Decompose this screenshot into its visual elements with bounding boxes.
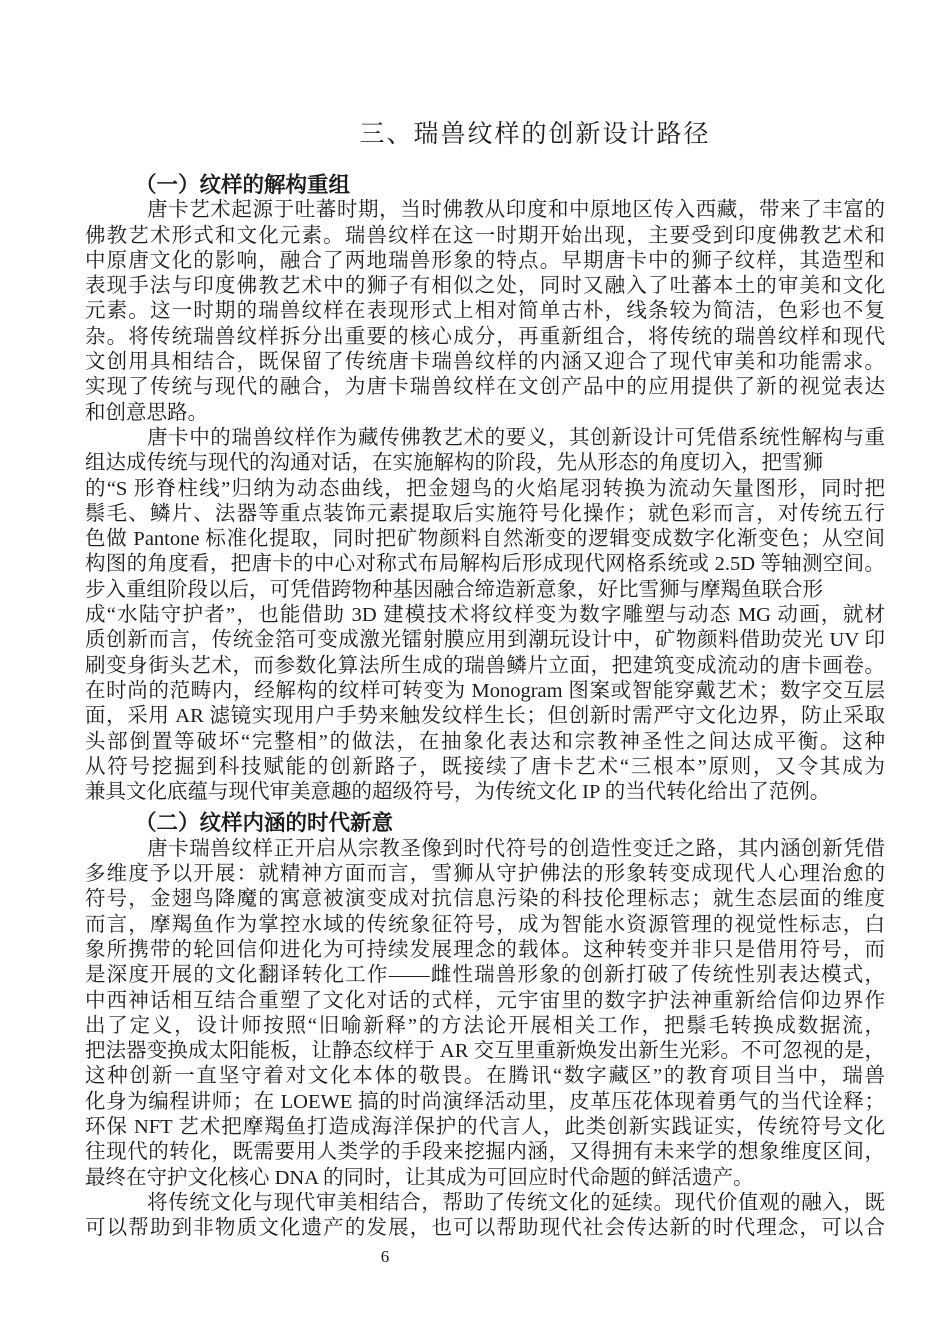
text-line: 这种创新一直坚守着对文化本体的敬畏。在腾讯“数字藏区”的教育项目当中，瑞兽	[85, 1064, 885, 1089]
text-line: 可以帮助到非物质文化遗产的发展，也可以帮助现代社会传达新的时代理念，可以合	[85, 1216, 885, 1241]
text-line: 将传统文化与现代审美相结合，帮助了传统文化的延续。现代价值观的融入，既	[85, 1191, 885, 1216]
section-heading: （一）纹样的解构重组	[85, 173, 885, 198]
text-line: 构图的角度看，把唐卡的中心对称式布局解构后形成现代网格系统或 2.5D 等轴测空…	[85, 552, 885, 577]
text-line: 多维度予以开展：就精神方面而言，雪狮从守护佛法的形象转变成现代人心理治愈的	[85, 862, 885, 887]
text-line: 化身为编程讲师；在 LOEWE 搞的时尚演绎活动里，皮革压花体现着勇气的当代诠释…	[85, 1090, 885, 1115]
text-line: 的“S 形脊柱线”归纳为动态曲线，把金翅鸟的火焰尾羽转换为流动矢量图形，同时把	[85, 477, 885, 502]
text-line: 唐卡中的瑞兽纹样作为藏传佛教艺术的要义，其创新设计可凭借系统性解构与重	[85, 426, 885, 451]
text-line: 出了定义，设计师按照“旧喻新释”的方法论开展相关工作，把鬃毛转换成数据流，	[85, 1014, 885, 1039]
text-line: 象所携带的轮回信仰进化为可持续发展理念的载体。这种转变并非只是借用符号，而	[85, 938, 885, 963]
text-line: 步入重组阶段以后，可凭借跨物种基因融合缔造新意象，好比雪狮与摩羯鱼联合形	[85, 578, 885, 603]
text-line: 刷变身街头艺术，而参数化算法所生成的瑞兽鳞片立面，把建筑变成流动的唐卡画卷。	[85, 654, 885, 679]
text-line: 在时尚的范畴内，经解构的纹样可转变为 Monogram 图案或智能穿戴艺术；数字…	[85, 679, 885, 704]
document-content: 三、瑞兽纹样的创新设计路径 （一）纹样的解构重组唐卡艺术起源于吐蕃时期，当时佛教…	[85, 118, 885, 1241]
text-line: 成“水陆守护者”，也能借助 3D 建模技术将纹样变为数字雕塑与动态 MG 动画，…	[85, 603, 885, 628]
text-line: 色做 Pantone 标准化提取，同时把矿物颜料自然渐变的逻辑变成数字化渐变色；…	[85, 527, 885, 552]
text-line: 鬃毛、鳞片、法器等重点装饰元素提取后实施符号化操作；就色彩而言，对传统五行	[85, 502, 885, 527]
text-line: 组达成传统与现代的沟通对话，在实施解构的阶段，先从形态的角度切入，把雪狮	[85, 451, 885, 476]
text-line: 而言，摩羯鱼作为掌控水域的传统象征符号，成为智能水资源管理的视觉性标志，白	[85, 913, 885, 938]
text-line: 头部倒置等破坏“完整相”的做法，在抽象化表达和宗教神圣性之间达成平衡。这种	[85, 730, 885, 755]
text-line: 唐卡瑞兽纹样正开启从宗教圣像到时代符号的创造性变迁之路，其内涵创新凭借	[85, 837, 885, 862]
text-line: 唐卡艺术起源于吐蕃时期，当时佛教从印度和中原地区传入西藏，带来了丰富的	[85, 198, 885, 223]
text-line: 最终在守护文化核心 DNA 的同时，让其成为可回应时代命题的鲜活遗产。	[85, 1166, 885, 1191]
page-number: 6	[360, 1246, 410, 1268]
text-line: 质创新而言，传统金箔可变成激光镭射膜应用到潮玩设计中，矿物颜料借助荧光 UV 印	[85, 628, 885, 653]
section-heading: （二）纹样内涵的时代新意	[85, 811, 885, 836]
text-line: 中西神话相互结合重塑了文化对话的式样，元宇宙里的数字护法神重新给信仰边界作	[85, 989, 885, 1014]
text-line: 是深度开展的文化翻译转化工作——雌性瑞兽形象的创新打破了传统性别表达模式，	[85, 963, 885, 988]
text-line: 表现手法与印度佛教艺术中的狮子有相似之处，同时又融入了吐蕃本土的审美和文化	[85, 274, 885, 299]
text-line: 杂。将传统瑞兽纹样拆分出重要的核心成分，再重新组合，将传统的瑞兽纹样和现代	[85, 325, 885, 350]
text-line: 兼具文化底蕴与现代审美意趣的超级符号，为传统文化 IP 的当代转化给出了范例。	[85, 780, 885, 805]
text-line: 佛教艺术形式和文化元素。瑞兽纹样在这一时期开始出现，主要受到印度佛教艺术和	[85, 224, 885, 249]
text-line: 往现代的转化，既需要用人类学的手段来挖掘内涵，又得拥有未来学的想象维度区间，	[85, 1140, 885, 1165]
text-line: 中原唐文化的影响，融合了两地瑞兽形象的特点。早期唐卡中的狮子纹样，其造型和	[85, 249, 885, 274]
text-line: 把法器变换成太阳能板，让静态纹样于 AR 交互里重新焕发出新生光彩。不可忽视的是…	[85, 1039, 885, 1064]
document-title: 三、瑞兽纹样的创新设计路径	[85, 118, 885, 152]
text-line: 符号，金翅鸟降魔的寓意被演变成对抗信息污染的科技伦理标志；就生态层面的维度	[85, 887, 885, 912]
document-page: 三、瑞兽纹样的创新设计路径 （一）纹样的解构重组唐卡艺术起源于吐蕃时期，当时佛教…	[0, 0, 950, 1344]
text-line: 环保 NFT 艺术把摩羯鱼打造成海洋保护的代言人，此类创新实践证实，传统符号文化	[85, 1115, 885, 1140]
text-line: 从符号挖掘到科技赋能的创新路子，既接续了唐卡艺术“三根本”原则，又令其成为	[85, 755, 885, 780]
text-line: 文创用具相结合，既保留了传统唐卡瑞兽纹样的内涵又迎合了现代审美和功能需求。	[85, 350, 885, 375]
text-line: 和创意思路。	[85, 401, 885, 426]
text-line: 面，采用 AR 滤镜实现用户手势来触发纹样生长；但创新时需严守文化边界，防止采取	[85, 704, 885, 729]
text-line: 元素。这一时期的瑞兽纹样在表现形式上相对简单古朴，线条较为简洁，色彩也不复	[85, 299, 885, 324]
text-line: 实现了传统与现代的融合，为唐卡瑞兽纹样在文创产品中的应用提供了新的视觉表达	[85, 375, 885, 400]
